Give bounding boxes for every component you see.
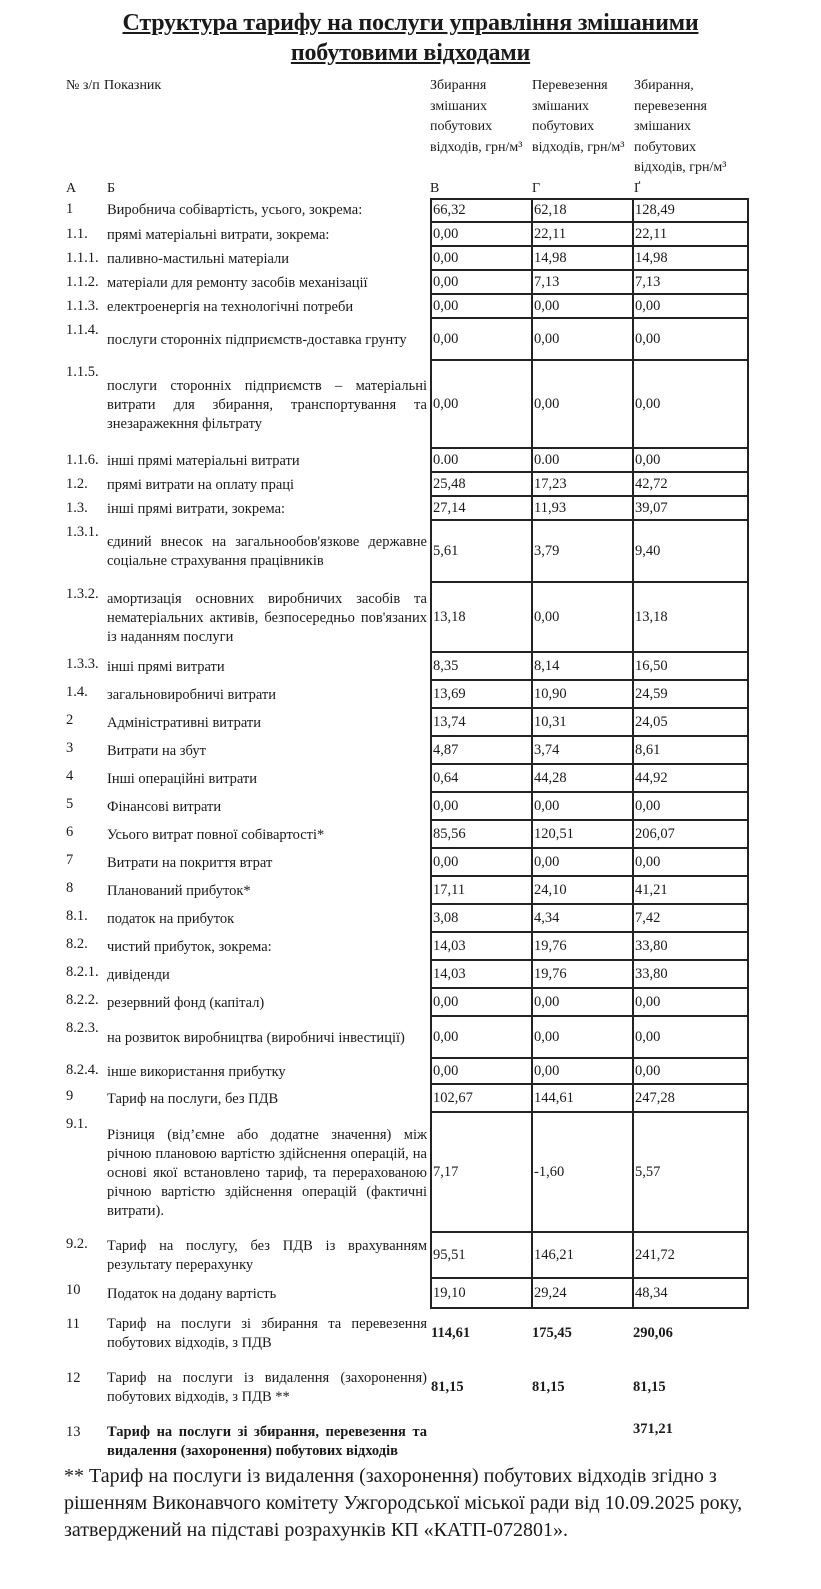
row-number: 6 — [66, 823, 73, 842]
table-row: 1.3.1.єдиний внесок на загальнообов'язко… — [0, 521, 821, 583]
row-values: 25,4817,2342,72 — [430, 473, 749, 497]
value-cell: 14,03 — [430, 933, 531, 961]
value-cell: 33,80 — [632, 961, 749, 989]
table-row: 1.2.прямі витрати на оплату праці25,4817… — [0, 473, 821, 497]
row-label: резервний фонд (капітал) — [107, 994, 427, 1013]
value-cell: 10,90 — [531, 681, 632, 709]
row-values: 0,000,000,00 — [430, 793, 749, 821]
table-row: 8.1.податок на прибуток3,084,347,42 — [0, 905, 821, 933]
row-number: 8 — [66, 879, 73, 898]
value-cell: 24,10 — [531, 877, 632, 905]
row-number: 5 — [66, 795, 73, 814]
row-label: дивіденди — [107, 966, 427, 985]
value-cell: 7,13 — [531, 271, 632, 295]
value-cell: 371,21 — [632, 1417, 749, 1441]
row-values: 0,000,000,00 — [430, 989, 749, 1017]
value-cell: 0,00 — [632, 449, 749, 473]
value-cell: 16,50 — [632, 653, 749, 681]
document-title: Структура тарифу на послуги управління з… — [0, 8, 821, 68]
table-row: 8.2.чистий прибуток, зокрема:14,0319,763… — [0, 933, 821, 961]
header-indicator: Показник — [104, 76, 161, 97]
row-label: Тариф на послугу, без ПДВ із врахуванням… — [107, 1237, 427, 1275]
value-cell: 19,76 — [531, 933, 632, 961]
value-cell: 0,00 — [430, 1017, 531, 1059]
value-cell: 17,11 — [430, 877, 531, 905]
row-label: прямі матеріальні витрати, зокрема: — [107, 226, 427, 245]
value-cell: 48,34 — [632, 1279, 749, 1309]
value-cell: 0.00 — [430, 449, 531, 473]
value-cell: 206,07 — [632, 821, 749, 849]
row-label: Різниця (від’ємне або додатне значення) … — [107, 1126, 427, 1221]
value-cell: 0,00 — [632, 989, 749, 1017]
row-label: послуги сторонніх підприємств-доставка г… — [107, 331, 427, 350]
row-label: Податок на додану вартість — [107, 1285, 427, 1304]
table-row: 10Податок на додану вартість19,1029,2448… — [0, 1279, 821, 1309]
row-values: 5,613,799,40 — [430, 521, 749, 583]
row-number: 10 — [66, 1281, 81, 1300]
value-cell: 0,00 — [531, 583, 632, 653]
table-row: 1.1.4.послуги сторонніх підприємств-дост… — [0, 319, 821, 361]
value-cell: 0.00 — [531, 449, 632, 473]
value-cell: 0,00 — [632, 1017, 749, 1059]
row-number: 1.1.6. — [66, 451, 99, 470]
value-cell: 0,00 — [531, 793, 632, 821]
row-number: 1.1.2. — [66, 273, 99, 292]
value-cell: 0,00 — [430, 989, 531, 1017]
column-letter-a: А — [66, 180, 76, 198]
table-row: 7Витрати на покриття втрат0,000,000,00 — [0, 849, 821, 877]
table-row: 8.2.2.резервний фонд (капітал)0,000,000,… — [0, 989, 821, 1017]
row-label: інші прямі витрати, зокрема: — [107, 500, 427, 519]
row-values: 8,358,1416,50 — [430, 653, 749, 681]
table-row: 5Фінансові витрати0,000,000,00 — [0, 793, 821, 821]
row-number: 9.2. — [66, 1235, 88, 1254]
row-values: 0,0014,9814,98 — [430, 247, 749, 271]
row-values: 102,67144,61247,28 — [430, 1085, 749, 1113]
value-cell: 95,51 — [430, 1233, 531, 1279]
value-cell: 13,69 — [430, 681, 531, 709]
row-values: 0,0022,1122,11 — [430, 223, 749, 247]
value-cell: 0,00 — [430, 271, 531, 295]
value-cell: 81,15 — [430, 1363, 531, 1411]
row-values: 85,56120,51206,07 — [430, 821, 749, 849]
row-values: 0,6444,2844,92 — [430, 765, 749, 793]
value-cell: 14,98 — [531, 247, 632, 271]
table-row: 1.3.2.амортизація основних виробничих за… — [0, 583, 821, 653]
table-row: 8.2.4.інше використання прибутку0,000,00… — [0, 1059, 821, 1085]
row-values: 0,000,000,00 — [430, 1059, 749, 1085]
value-cell: 39,07 — [632, 497, 749, 521]
value-cell: 19,10 — [430, 1279, 531, 1309]
row-number: 1.3.3. — [66, 655, 99, 674]
value-cell: 4,87 — [430, 737, 531, 765]
value-cell: 0,00 — [430, 361, 531, 449]
table-row: 4Інші операційні витрати0,6444,2844,92 — [0, 765, 821, 793]
value-cell: 241,72 — [632, 1233, 749, 1279]
value-cell: 0,00 — [632, 849, 749, 877]
row-label: Витрати на покриття втрат — [107, 854, 427, 873]
value-cell: 0,00 — [430, 319, 531, 361]
row-label: Адміністративні витрати — [107, 714, 427, 733]
table-row: 9Тариф на послуги, без ПДВ102,67144,6124… — [0, 1085, 821, 1113]
table-row: 1Виробнича собівартість, усього, зокрема… — [0, 198, 821, 223]
row-number: 9.1. — [66, 1115, 88, 1134]
row-values: 95,51146,21241,72 — [430, 1233, 749, 1279]
column-letter-b: Б — [107, 180, 115, 198]
value-cell: 0,00 — [632, 1059, 749, 1085]
row-values: 3,084,347,42 — [430, 905, 749, 933]
tariff-table: 1Виробнича собівартість, усього, зокрема… — [0, 198, 821, 1479]
row-label: Інші операційні витрати — [107, 770, 427, 789]
row-number: 1.1.3. — [66, 297, 99, 316]
row-label: Тариф на послуги, без ПДВ — [107, 1090, 427, 1109]
row-number: 1.3. — [66, 499, 88, 518]
row-label: амортизація основних виробничих засобів … — [107, 590, 427, 647]
value-cell: 24,05 — [632, 709, 749, 737]
row-values: 13,6910,9024,59 — [430, 681, 749, 709]
value-cell: 81,15 — [632, 1363, 749, 1411]
table-row: 9.1.Різниця (від’ємне або додатне значен… — [0, 1113, 821, 1233]
value-cell: 0,00 — [531, 295, 632, 319]
value-cell: 11,93 — [531, 497, 632, 521]
row-number: 3 — [66, 739, 73, 758]
value-cell: 0,00 — [531, 989, 632, 1017]
value-cell: 175,45 — [531, 1309, 632, 1357]
row-values: 13,180,0013,18 — [430, 583, 749, 653]
row-label: Планований прибуток* — [107, 882, 427, 901]
row-number: 8.2.1. — [66, 963, 99, 982]
value-cell: 0,00 — [531, 849, 632, 877]
value-cell: 144,61 — [531, 1085, 632, 1113]
value-cell: 0,00 — [430, 793, 531, 821]
value-cell: 0,00 — [632, 319, 749, 361]
row-values: 0,000,000,00 — [430, 849, 749, 877]
column-letter-g: Ґ — [634, 180, 640, 198]
row-values: 14,0319,7633,80 — [430, 961, 749, 989]
value-cell: 17,23 — [531, 473, 632, 497]
value-cell: 13,18 — [632, 583, 749, 653]
value-cell — [430, 1417, 531, 1441]
row-label: Тариф на послуги зі збирання та перевезе… — [107, 1315, 427, 1353]
row-values: 4,873,748,61 — [430, 737, 749, 765]
row-label: паливно-мастильні матеріали — [107, 250, 427, 269]
value-cell: 0,00 — [531, 1017, 632, 1059]
row-number: 1.3.2. — [66, 585, 99, 604]
table-row: 3Витрати на збут4,873,748,61 — [0, 737, 821, 765]
value-cell: 0,00 — [632, 793, 749, 821]
title-line-1: Структура тарифу на послуги управління з… — [0, 8, 821, 38]
value-cell: 128,49 — [632, 198, 749, 223]
row-label: Усього витрат повної собівартості* — [107, 826, 427, 845]
value-cell: 29,24 — [531, 1279, 632, 1309]
row-number: 4 — [66, 767, 73, 786]
value-cell: 62,18 — [531, 198, 632, 223]
value-cell: 9,40 — [632, 521, 749, 583]
row-values: 14,0319,7633,80 — [430, 933, 749, 961]
value-cell: 0,00 — [430, 295, 531, 319]
row-number: 8.2. — [66, 935, 88, 954]
row-number: 1.4. — [66, 683, 88, 702]
value-cell: 8,35 — [430, 653, 531, 681]
value-cell: 0,00 — [531, 319, 632, 361]
value-cell: 81,15 — [531, 1363, 632, 1411]
row-label: інше використання прибутку — [107, 1063, 427, 1082]
value-cell: 102,67 — [430, 1085, 531, 1113]
row-label: податок на прибуток — [107, 910, 427, 929]
row-number: 2 — [66, 711, 73, 730]
value-cell: 0,00 — [531, 361, 632, 449]
row-number: 8.2.2. — [66, 991, 99, 1010]
table-row: 1.1.3.електроенергія на технологічні пот… — [0, 295, 821, 319]
value-cell — [531, 1417, 632, 1441]
row-number: 1.1. — [66, 225, 88, 244]
table-row: 8.2.1.дивіденди14,0319,7633,80 — [0, 961, 821, 989]
table-row: 2Адміністративні витрати13,7410,3124,05 — [0, 709, 821, 737]
value-cell: 146,21 — [531, 1233, 632, 1279]
value-cell: 27,14 — [430, 497, 531, 521]
value-cell: 4,34 — [531, 905, 632, 933]
value-cell: 14,03 — [430, 961, 531, 989]
value-cell: 5,61 — [430, 521, 531, 583]
row-number: 1 — [66, 200, 73, 219]
row-values: 81,1581,1581,15 — [430, 1363, 749, 1417]
header-collection: Збирання змішаних побутових відходів, гр… — [430, 76, 535, 158]
value-cell: 8,61 — [632, 737, 749, 765]
value-cell: 0,00 — [430, 1059, 531, 1085]
header-combined: Збирання, перевезення змішаних побутових… — [634, 76, 739, 179]
value-cell: 0,00 — [430, 247, 531, 271]
row-number: 8.2.4. — [66, 1061, 99, 1080]
row-label: інші прямі матеріальні витрати — [107, 452, 427, 471]
value-cell: 41,21 — [632, 877, 749, 905]
table-row: 1.1.1.паливно-мастильні матеріали0,0014,… — [0, 247, 821, 271]
value-cell: 66,32 — [430, 198, 531, 223]
value-cell: 44,92 — [632, 765, 749, 793]
value-cell: 10,31 — [531, 709, 632, 737]
row-label: матеріали для ремонту засобів механізаці… — [107, 274, 427, 293]
row-values: 66,3262,18128,49 — [430, 198, 749, 223]
value-cell: 114,61 — [430, 1309, 531, 1357]
row-number: 8.2.3. — [66, 1019, 99, 1038]
row-number: 7 — [66, 851, 73, 870]
row-number: 1.3.1. — [66, 523, 99, 542]
row-label: Тариф на послуги зі збирання, перевезенн… — [107, 1423, 427, 1461]
value-cell: 3,79 — [531, 521, 632, 583]
value-cell: 0,00 — [430, 223, 531, 247]
table-row: 6Усього витрат повної собівартості*85,56… — [0, 821, 821, 849]
value-cell: 290,06 — [632, 1309, 749, 1357]
row-values: 17,1124,1041,21 — [430, 877, 749, 905]
row-values: 0,007,137,13 — [430, 271, 749, 295]
row-values: 0,000,000,00 — [430, 1017, 749, 1059]
table-row: 1.3.3.інші прямі витрати8,358,1416,50 — [0, 653, 821, 681]
value-cell: 3,74 — [531, 737, 632, 765]
value-cell: 7,17 — [430, 1113, 531, 1233]
row-number: 1.1.5. — [66, 363, 99, 382]
value-cell: 8,14 — [531, 653, 632, 681]
table-row: 9.2.Тариф на послугу, без ПДВ із врахува… — [0, 1233, 821, 1279]
table-row: 1.1.6.інші прямі матеріальні витрати0.00… — [0, 449, 821, 473]
header-number: № з/п — [66, 76, 106, 97]
value-cell: 0,00 — [632, 361, 749, 449]
footnote: ** Тариф на послуги із видалення (захоро… — [64, 1463, 784, 1544]
row-label: Виробнича собівартість, усього, зокрема: — [107, 201, 427, 220]
value-cell: 0,00 — [531, 1059, 632, 1085]
table-row: 1.4.загальновиробничі витрати13,6910,902… — [0, 681, 821, 709]
row-label: Витрати на збут — [107, 742, 427, 761]
row-values: 114,61175,45290,06 — [430, 1309, 749, 1363]
value-cell: -1,60 — [531, 1113, 632, 1233]
table-row: 1.1.5.послуги сторонніх підприємств – ма… — [0, 361, 821, 449]
value-cell: 44,28 — [531, 765, 632, 793]
value-cell: 22,11 — [632, 223, 749, 247]
row-label: інші прямі витрати — [107, 658, 427, 677]
table-row: 12Тариф на послуги із видалення (захорон… — [0, 1363, 821, 1417]
row-label: на розвиток виробництва (виробничі інвес… — [107, 1029, 427, 1048]
table-row: 1.1.2.матеріали для ремонту засобів меха… — [0, 271, 821, 295]
row-label: чистий прибуток, зокрема: — [107, 938, 427, 957]
value-cell: 42,72 — [632, 473, 749, 497]
row-number: 13 — [66, 1423, 81, 1442]
row-values: 13,7410,3124,05 — [430, 709, 749, 737]
row-number: 11 — [66, 1315, 80, 1334]
title-line-2: побутовими відходами — [0, 38, 821, 68]
row-label: прямі витрати на оплату праці — [107, 476, 427, 495]
row-values: 0,000,000,00 — [430, 295, 749, 319]
row-number: 9 — [66, 1087, 73, 1106]
row-number: 1.2. — [66, 475, 88, 494]
row-label: послуги сторонніх підприємств – матеріал… — [107, 377, 427, 434]
row-values: 0,000,000,00 — [430, 319, 749, 361]
value-cell: 120,51 — [531, 821, 632, 849]
value-cell: 25,48 — [430, 473, 531, 497]
row-number: 1.1.4. — [66, 321, 99, 340]
value-cell: 24,59 — [632, 681, 749, 709]
table-row: 8.2.3.на розвиток виробництва (виробничі… — [0, 1017, 821, 1059]
column-letter-v: В — [430, 180, 439, 198]
row-values: 7,17-1,605,57 — [430, 1113, 749, 1233]
value-cell: 7,13 — [632, 271, 749, 295]
table-row: 11Тариф на послуги зі збирання та переве… — [0, 1309, 821, 1363]
value-cell: 3,08 — [430, 905, 531, 933]
table-row: 1.3.інші прямі витрати, зокрема:27,1411,… — [0, 497, 821, 521]
row-values: 0.000.000,00 — [430, 449, 749, 473]
row-label: загальновиробничі витрати — [107, 686, 427, 705]
value-cell: 13,74 — [430, 709, 531, 737]
row-label: Фінансові витрати — [107, 798, 427, 817]
table-row: 8Планований прибуток*17,1124,1041,21 — [0, 877, 821, 905]
row-number: 12 — [66, 1369, 81, 1388]
value-cell: 0,64 — [430, 765, 531, 793]
row-number: 1.1.1. — [66, 249, 99, 268]
row-label: електроенергія на технологічні потреби — [107, 298, 427, 317]
row-values: 27,1411,9339,07 — [430, 497, 749, 521]
header-transport: Перевезення змішаних побутових відходів,… — [532, 76, 637, 158]
table-row: 1.1.прямі матеріальні витрати, зокрема:0… — [0, 223, 821, 247]
value-cell: 33,80 — [632, 933, 749, 961]
value-cell: 22,11 — [531, 223, 632, 247]
value-cell: 0,00 — [632, 295, 749, 319]
row-number: 8.1. — [66, 907, 88, 926]
value-cell: 14,98 — [632, 247, 749, 271]
value-cell: 19,76 — [531, 961, 632, 989]
row-values: 19,1029,2448,34 — [430, 1279, 749, 1309]
value-cell: 247,28 — [632, 1085, 749, 1113]
row-label: Тариф на послуги із видалення (захоронен… — [107, 1369, 427, 1407]
value-cell: 0,00 — [430, 849, 531, 877]
value-cell: 5,57 — [632, 1113, 749, 1233]
value-cell: 7,42 — [632, 905, 749, 933]
value-cell: 85,56 — [430, 821, 531, 849]
row-values: 0,000,000,00 — [430, 361, 749, 449]
value-cell: 13,18 — [430, 583, 531, 653]
row-label: єдиний внесок на загальнообов'язкове дер… — [107, 533, 427, 571]
column-letter-h: Г — [532, 180, 540, 198]
